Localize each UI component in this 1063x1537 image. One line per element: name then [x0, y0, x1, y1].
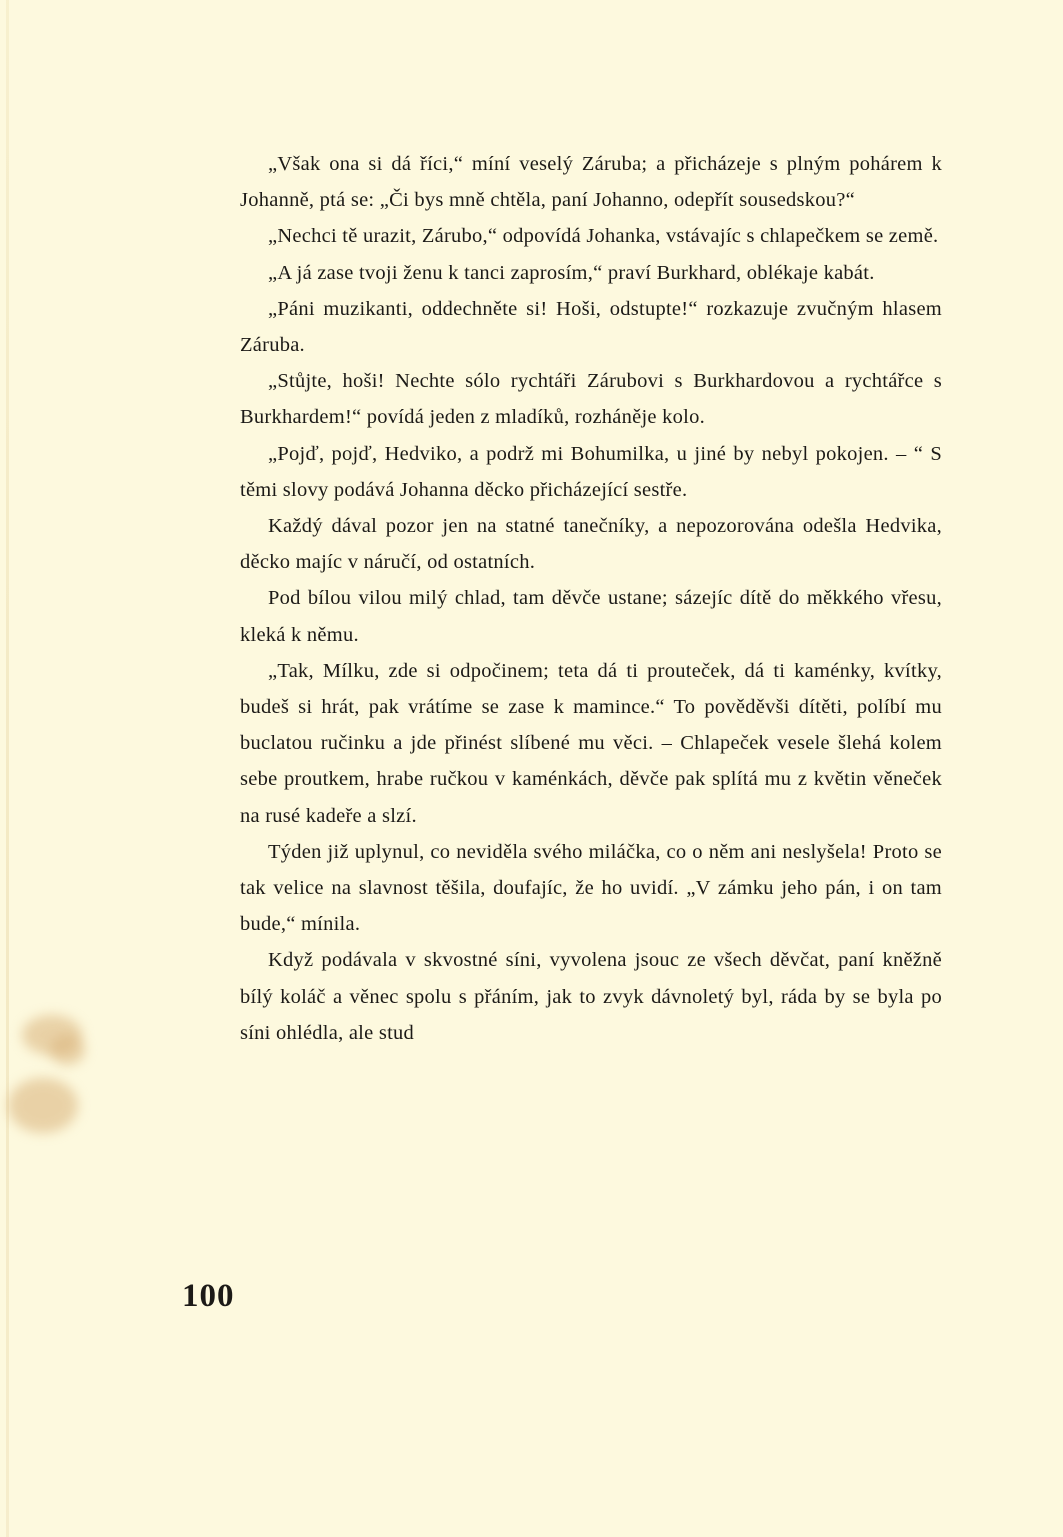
paragraph: „Však ona si dá říci,“ míní veselý Zárub… — [240, 146, 942, 218]
paper-stain — [8, 1078, 78, 1133]
page-number: 100 — [182, 1278, 235, 1315]
paragraph: „Tak, Mílku, zde si odpočinem; teta dá t… — [240, 653, 942, 834]
paragraph: „Stůjte, hoši! Nechte sólo rychtáři Záru… — [240, 363, 942, 435]
book-page-body: „Však ona si dá říci,“ míní veselý Zárub… — [240, 146, 942, 1051]
paper-stain — [50, 1035, 85, 1065]
page-binding-edge — [6, 0, 9, 1537]
paragraph: „A já zase tvoji ženu k tanci zaprosím,“… — [240, 255, 942, 291]
paragraph: „Nechci tě urazit, Zárubo,“ odpovídá Joh… — [240, 218, 942, 254]
paragraph: Každý dával pozor jen na statné tanečník… — [240, 508, 942, 580]
paragraph: Když podávala v skvostné síni, vyvolena … — [240, 942, 942, 1051]
paragraph: „Pojď, pojď, Hedviko, a podrž mi Bohumil… — [240, 436, 942, 508]
paragraph: Pod bílou vilou milý chlad, tam děvče us… — [240, 580, 942, 652]
paragraph: Týden již uplynul, co neviděla svého mil… — [240, 834, 942, 943]
paragraph: „Páni muzikanti, oddechněte si! Hoši, od… — [240, 291, 942, 363]
